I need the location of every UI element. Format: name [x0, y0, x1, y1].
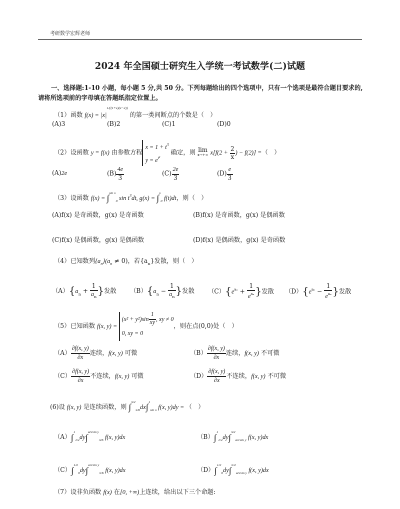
question-4: （4）已知数列{an}(an ≠ 0)，若{an}发散，则（ ） — [54, 259, 198, 266]
header-divider — [38, 39, 362, 40]
q5-piecewise: (x² + y²)sin1xy, xy ≠ 00, xy = 0 — [119, 312, 174, 341]
q3-option-a[interactable]: (A)f(x) 是奇函数，g(x) 是奇函数 — [52, 210, 144, 219]
q4-option-d[interactable]: （D）{eaₙ − 1eaₙ}发散 — [285, 283, 351, 301]
q5-option-c[interactable]: （C）∂f(x, y)∂x不连续，f(x, y) 可微 — [54, 368, 144, 385]
question-6: (6)设 f(x, y) 是连续函数，则 ∫π/2π/6dx∫1sin x f(… — [50, 401, 204, 413]
question-1: （1）函数 f(x) = |x|1/((1+x)(x−2)) 的第一类间断点的个… — [54, 107, 216, 119]
q5-option-d[interactable]: （D）∂f(x, y)∂x不连续，f(x, y) 不可微 — [190, 368, 286, 385]
q2-option-c[interactable]: (C)2e3 — [162, 166, 179, 182]
q1-number: （1） — [54, 112, 70, 119]
q6-option-c[interactable]: （C）∫1/20dy∫arcsin yπ/6 f(x, y)dx — [54, 463, 126, 476]
q4-option-c[interactable]: （C）{eaₙ + 1eaₙ}发散 — [208, 283, 274, 301]
q2-number: （2） — [54, 150, 70, 157]
q3-option-c[interactable]: (C)f(x) 是偶函数，g(x) 是偶函数 — [52, 235, 144, 244]
q2-option-b[interactable]: (B)4e3 — [107, 166, 124, 182]
section-intro: 一、选择题:1-10 小题，每小题 5 分,共 50 分。下列每题给出的四个选项… — [38, 84, 364, 104]
q6-option-d[interactable]: （D）∫1/20dy∫π/2arcsin y f(x, y)dx — [197, 463, 269, 476]
q1-formula: f(x) = |x|1/((1+x)(x−2)) — [85, 112, 128, 119]
q1-option-b[interactable]: (B)2 — [107, 121, 120, 128]
q1-option-d[interactable]: (D)0 — [217, 121, 231, 128]
q3-option-d[interactable]: (D)f(x) 是偶函数，g(x) 是奇函数 — [193, 235, 285, 244]
q2-option-d[interactable]: (D)e3 — [217, 166, 233, 182]
q2-option-a[interactable]: (A)2e — [52, 170, 67, 177]
q3-option-b[interactable]: (B)f(x) 是奇函数，g(x) 是偶函数 — [193, 210, 285, 219]
q6-option-b[interactable]: （B）∫11/2dy∫π/2arcsin y f(x, y)dx — [197, 430, 268, 443]
q5-option-a[interactable]: （A）∂f(x, y)∂x连续，f(x, y) 可微 — [54, 345, 137, 362]
question-7: （7）设非负函数 f(x) 在[0, +∞)上连续，给出以下三个命题: — [54, 490, 216, 496]
question-5: （5）已知函数 f(x, y) = (x² + y²)sin1xy, xy ≠ … — [54, 312, 238, 341]
q5-option-b[interactable]: （B）∂f(x, y)∂x连续，f(x, y) 不可微 — [190, 345, 279, 362]
exam-title: 2024 年全国硕士研究生入学统一考试数学(二)试题 — [0, 59, 400, 72]
q1-option-c[interactable]: (C)1 — [162, 121, 176, 128]
q1-option-a[interactable]: (A)3 — [52, 121, 65, 128]
q2-parametric-system: x = 1 + t3y = et² — [142, 140, 168, 166]
q6-option-a[interactable]: （A）∫11/2dy∫arcsin yπ/6 f(x, y)dx — [54, 430, 125, 443]
q4-option-b[interactable]: （B）{an − 1an}发散 — [130, 283, 194, 300]
question-2: （2）设函数 y = f(x) 由参数方程x = 1 + t3y = et² 确… — [54, 140, 280, 166]
q4-option-a[interactable]: （A）{an + 1an}发散 — [52, 283, 116, 300]
question-3: （3）设函数 f(x) = ∫sin x0 sin t3dt, g(x) = ∫… — [54, 192, 207, 204]
header-source-label: 考研数学宏辉老师 — [50, 30, 90, 37]
